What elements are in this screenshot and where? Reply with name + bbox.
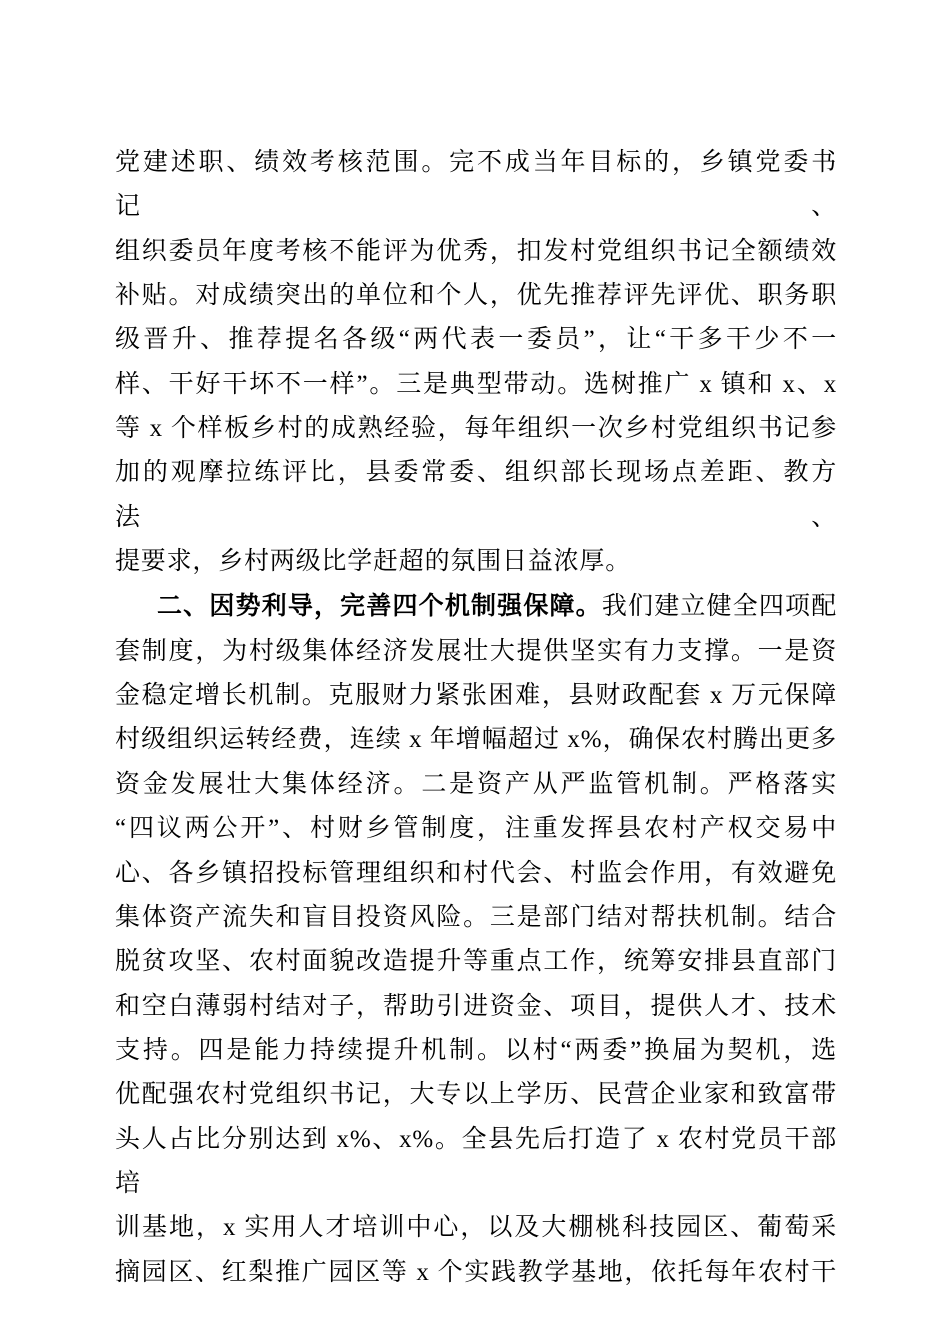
text-line: 金稳定增长机制。克服财力紧张困难，县财政配套 x 万元保障 <box>115 674 837 718</box>
paragraph-section-2: 二、因势利导，完善四个机制强保障。我们建立健全四项配 套制度，为村级集体经济发展… <box>115 584 837 1295</box>
text-line: 组织委员年度考核不能评为优秀，扣发村党组织书记全额绩效 <box>115 230 837 274</box>
text-line: 村级组织运转经费，连续 x 年增幅超过 x%，确保农村腾出更多 <box>115 718 837 762</box>
text-line: 心、各乡镇招投标管理组织和村代会、村监会作用，有效避免 <box>115 852 837 896</box>
text-line: “四议两公开”、村财乡管制度，注重发挥县农村产权交易中 <box>115 807 837 851</box>
text-line: 集体资产流失和盲目投资风险。三是部门结对帮扶机制。结合 <box>115 896 837 940</box>
section-heading-rest: 我们建立健全四项配 <box>602 593 837 620</box>
text-line: 脱贫攻坚、农村面貌改造提升等重点工作，统筹安排县直部门 <box>115 940 837 984</box>
text-line: 摘园区、红梨推广园区等 x 个实践教学基地，依托每年农村干 <box>115 1251 837 1295</box>
text-line: 党建述职、绩效考核范围。完不成当年目标的，乡镇党委书记、 <box>115 141 837 230</box>
section-heading-line: 二、因势利导，完善四个机制强保障。我们建立健全四项配 <box>115 584 837 629</box>
text-line: 样、干好干坏不一样”。三是典型带动。选树推广 x 镇和 x、x <box>115 363 837 407</box>
text-line: 支持。四是能力持续提升机制。以村“两委”换届为契机，选 <box>115 1029 837 1073</box>
text-line: 头人占比分别达到 x%、x%。全县先后打造了 x 农村党员干部培 <box>115 1118 837 1207</box>
paragraph-continuation: 党建述职、绩效考核范围。完不成当年目标的，乡镇党委书记、 组织委员年度考核不能评… <box>115 141 837 584</box>
text-line: 和空白薄弱村结对子，帮助引进资金、项目，提供人才、技术 <box>115 985 837 1029</box>
text-line: 提要求，乡村两级比学赶超的氛围日益浓厚。 <box>115 540 837 584</box>
text-line: 优配强农村党组织书记，大专以上学历、民营企业家和致富带 <box>115 1073 837 1117</box>
text-line: 补贴。对成绩突出的单位和个人，优先推荐评先评优、职务职 <box>115 274 837 318</box>
text-line: 资金发展壮大集体经济。二是资产从严监管机制。严格落实 <box>115 763 837 807</box>
text-line: 等 x 个样板乡村的成熟经验，每年组织一次乡村党组织书记参 <box>115 407 837 451</box>
text-line: 训基地，x 实用人才培训中心，以及大棚桃科技园区、葡萄采 <box>115 1206 837 1250</box>
text-line: 套制度，为村级集体经济发展壮大提供坚实有力支撑。一是资 <box>115 630 837 674</box>
document-page: 党建述职、绩效考核范围。完不成当年目标的，乡镇党委书记、 组织委员年度考核不能评… <box>0 0 950 1344</box>
section-heading-bold: 二、因势利导，完善四个机制强保障。 <box>157 592 602 620</box>
text-line: 加的观摩拉练评比，县委常委、组织部长现场点差距、教方法、 <box>115 451 837 540</box>
document-body: 党建述职、绩效考核范围。完不成当年目标的，乡镇党委书记、 组织委员年度考核不能评… <box>115 141 837 1295</box>
text-line: 级晋升、推荐提名各级“两代表一委员”，让“干多干少不一 <box>115 318 837 362</box>
